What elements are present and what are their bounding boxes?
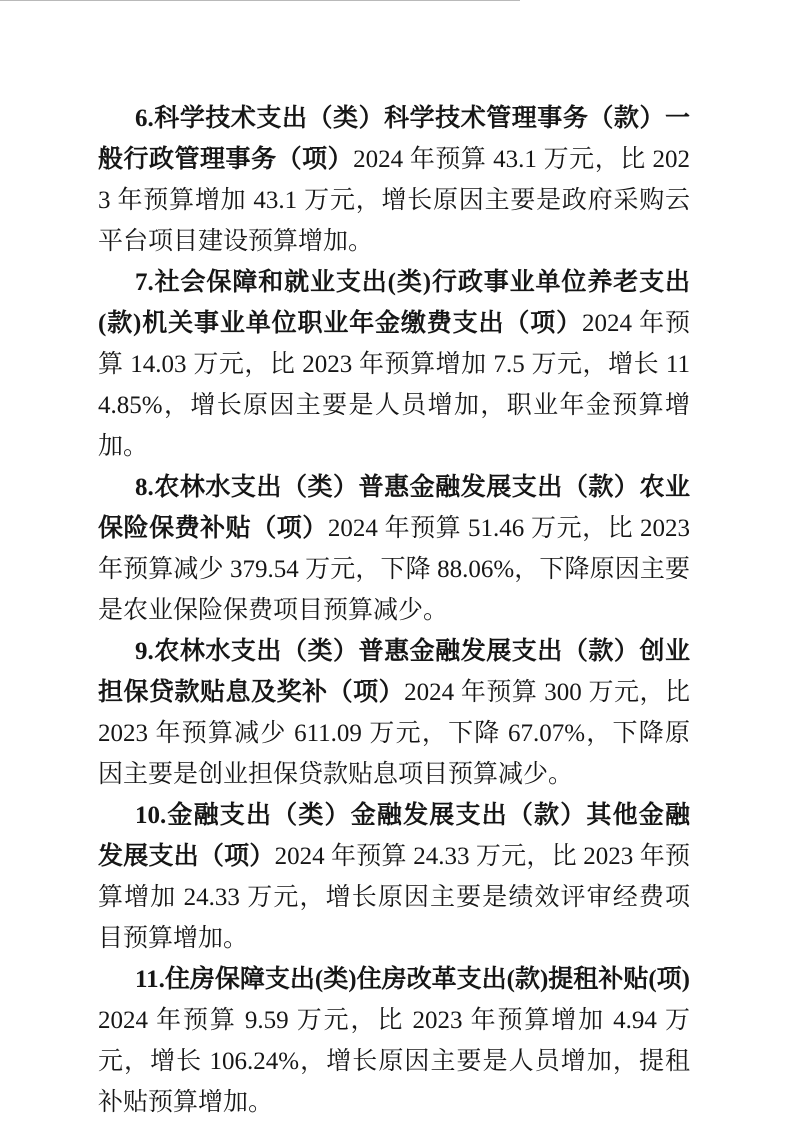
budget-item-6: 6.科学技术支出（类）科学技术管理事务（款）一般行政管理事务（项）2024 年预… (98, 98, 690, 262)
budget-item-8: 8.农林水支出（类）普惠金融发展支出（款）农业保险保费补贴（项）2024 年预算… (98, 467, 690, 631)
budget-item-7: 7.社会保障和就业支出(类)行政事业单位养老支出(款)机关事业单位职业年金缴费支… (98, 262, 690, 467)
budget-item-11-heading: 11.住房保障支出(类)住房改革支出(款)提租补贴(项) (135, 966, 690, 993)
document-body: 6.科学技术支出（类）科学技术管理事务（款）一般行政管理事务（项）2024 年预… (98, 98, 690, 1122)
budget-item-11-body: 2024 年预算 9.59 万元，比 2023 年预算增加 4.94 万元，增长… (98, 1007, 690, 1116)
document-page: 6.科学技术支出（类）科学技术管理事务（款）一般行政管理事务（项）2024 年预… (0, 0, 793, 1122)
scan-artifact (0, 0, 520, 1)
budget-item-9: 9.农林水支出（类）普惠金融发展支出（款）创业担保贷款贴息及奖补（项）2024 … (98, 631, 690, 795)
budget-item-10: 10.金融支出（类）金融发展支出（款）其他金融发展支出（项）2024 年预算 2… (98, 795, 690, 959)
budget-item-11: 11.住房保障支出(类)住房改革支出(款)提租补贴(项)2024 年预算 9.5… (98, 959, 690, 1122)
